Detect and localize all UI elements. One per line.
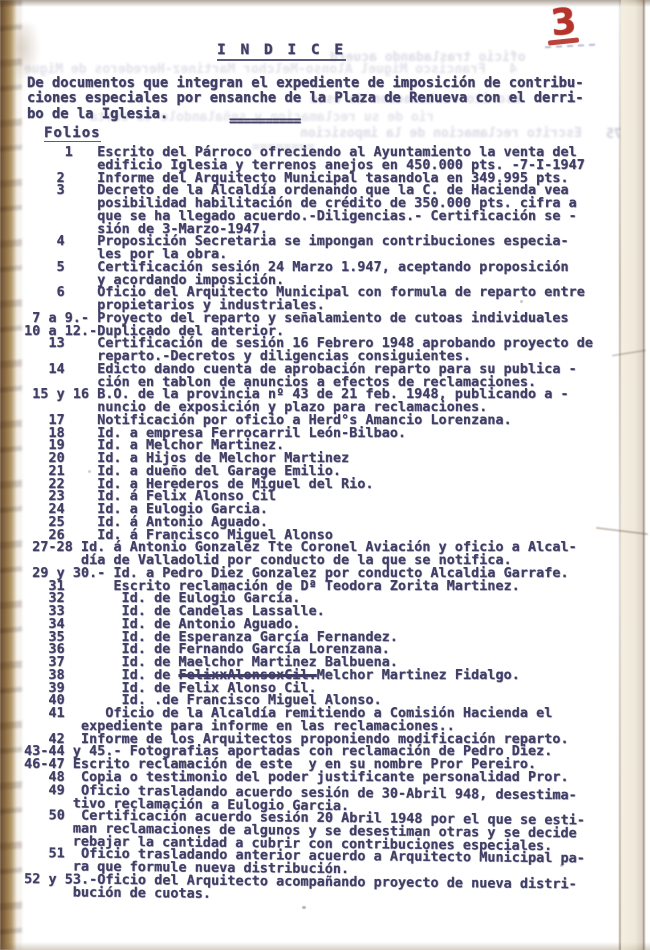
index-entry: 1 Escrito del Párroco ofreciendo al Ayun…	[24, 146, 624, 172]
index-entry: 27-28 Id. á Antonio Gonzalez Tte Coronel…	[24, 541, 624, 567]
entry-text: Melchor Martinez Fidalgo.	[317, 667, 520, 683]
index-entry: 5 Certificación sesión 24 Marzo 1.947, a…	[24, 261, 624, 287]
page-torn-left-edge-texture	[0, 0, 22, 950]
index-entry: 6 Oficio del Arquitecto Municipal con fo…	[24, 286, 624, 312]
folios-column-label: Folios	[44, 125, 101, 142]
typed-separator: ==========	[229, 113, 300, 129]
index-entry: 48 Copia o testimonio del poder justific…	[24, 771, 624, 784]
index-entry: 52 y 53.-Oficio del Arquitecto acompañan…	[24, 873, 624, 904]
index-entries: 1 Escrito del Párroco ofreciendo al Ayun…	[24, 146, 624, 898]
ink-speck	[302, 906, 306, 909]
underlying-page-edge	[621, 0, 644, 950]
index-entry: 15 y 16 B.O. de la provincia nº 43 de 21…	[24, 388, 624, 414]
index-entry: 41 Oficio de la Alcaldía remitiendo a Co…	[24, 707, 624, 733]
index-entry: 13 Certificación de sesión 16 Febrero 19…	[24, 337, 624, 363]
index-entry: 14 Edicto dando cuenta de aprobación rep…	[24, 363, 624, 389]
page-bottom-edge-shadow	[0, 942, 650, 950]
index-entry: 3 Decreto de la Alcaldía ordenando que l…	[24, 184, 624, 235]
ink-speck	[560, 864, 563, 867]
ink-speck	[88, 470, 91, 473]
intro-paragraph: De documentos que integran el expediente…	[27, 76, 584, 122]
bleed-through-text: Escrito reclamacion de la imposicion	[300, 126, 582, 141]
ink-speck	[520, 300, 523, 303]
index-entry: 4 Proposición Secretaria se impongan con…	[24, 235, 624, 261]
document-title: I N D I C E	[217, 42, 346, 61]
scanned-document-page: oficio trasladando acuerd4 Francisco Mig…	[0, 0, 650, 950]
underlying-page-edge-line	[643, 0, 645, 950]
